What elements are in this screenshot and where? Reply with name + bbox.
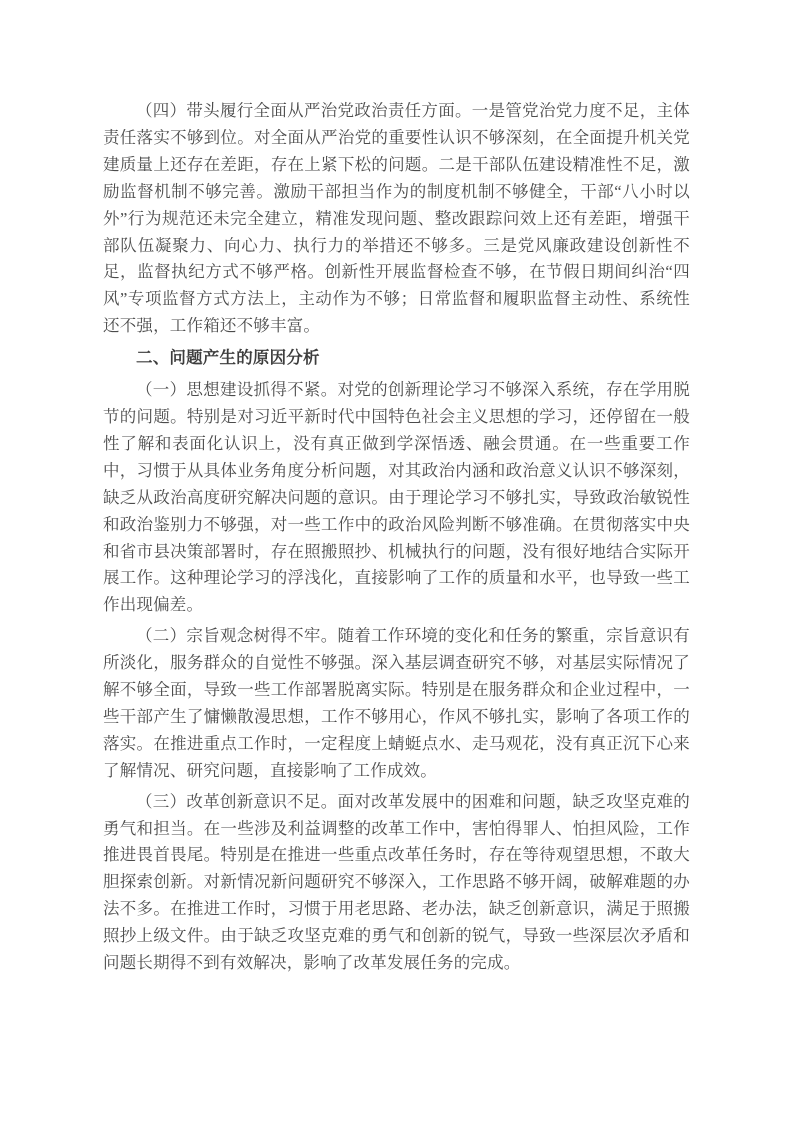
paragraph-item-three: （三）改革创新意识不足。面对改革发展中的困难和问题，缺乏攻坚克难的勇气和担当。在… (103, 789, 690, 977)
paragraph-item-one: （一）思想建设抓得不紧。对党的创新理论学习不够深入系统，存在学用脱节的问题。特别… (103, 377, 690, 619)
paragraph-item-two: （二）宗旨观念树得不牢。随着工作环境的变化和任务的繁重，宗旨意识有所淡化，服务群… (103, 623, 690, 784)
document-page: （四）带头履行全面从严治党政治责任方面。一是管党治党力度不足，主体责任落实不够到… (0, 0, 793, 1122)
section-heading-cause-analysis: 二、问题产生的原因分析 (103, 345, 690, 372)
paragraph-item-four: （四）带头履行全面从严治党政治责任方面。一是管党治党力度不足，主体责任落实不够到… (103, 98, 690, 340)
